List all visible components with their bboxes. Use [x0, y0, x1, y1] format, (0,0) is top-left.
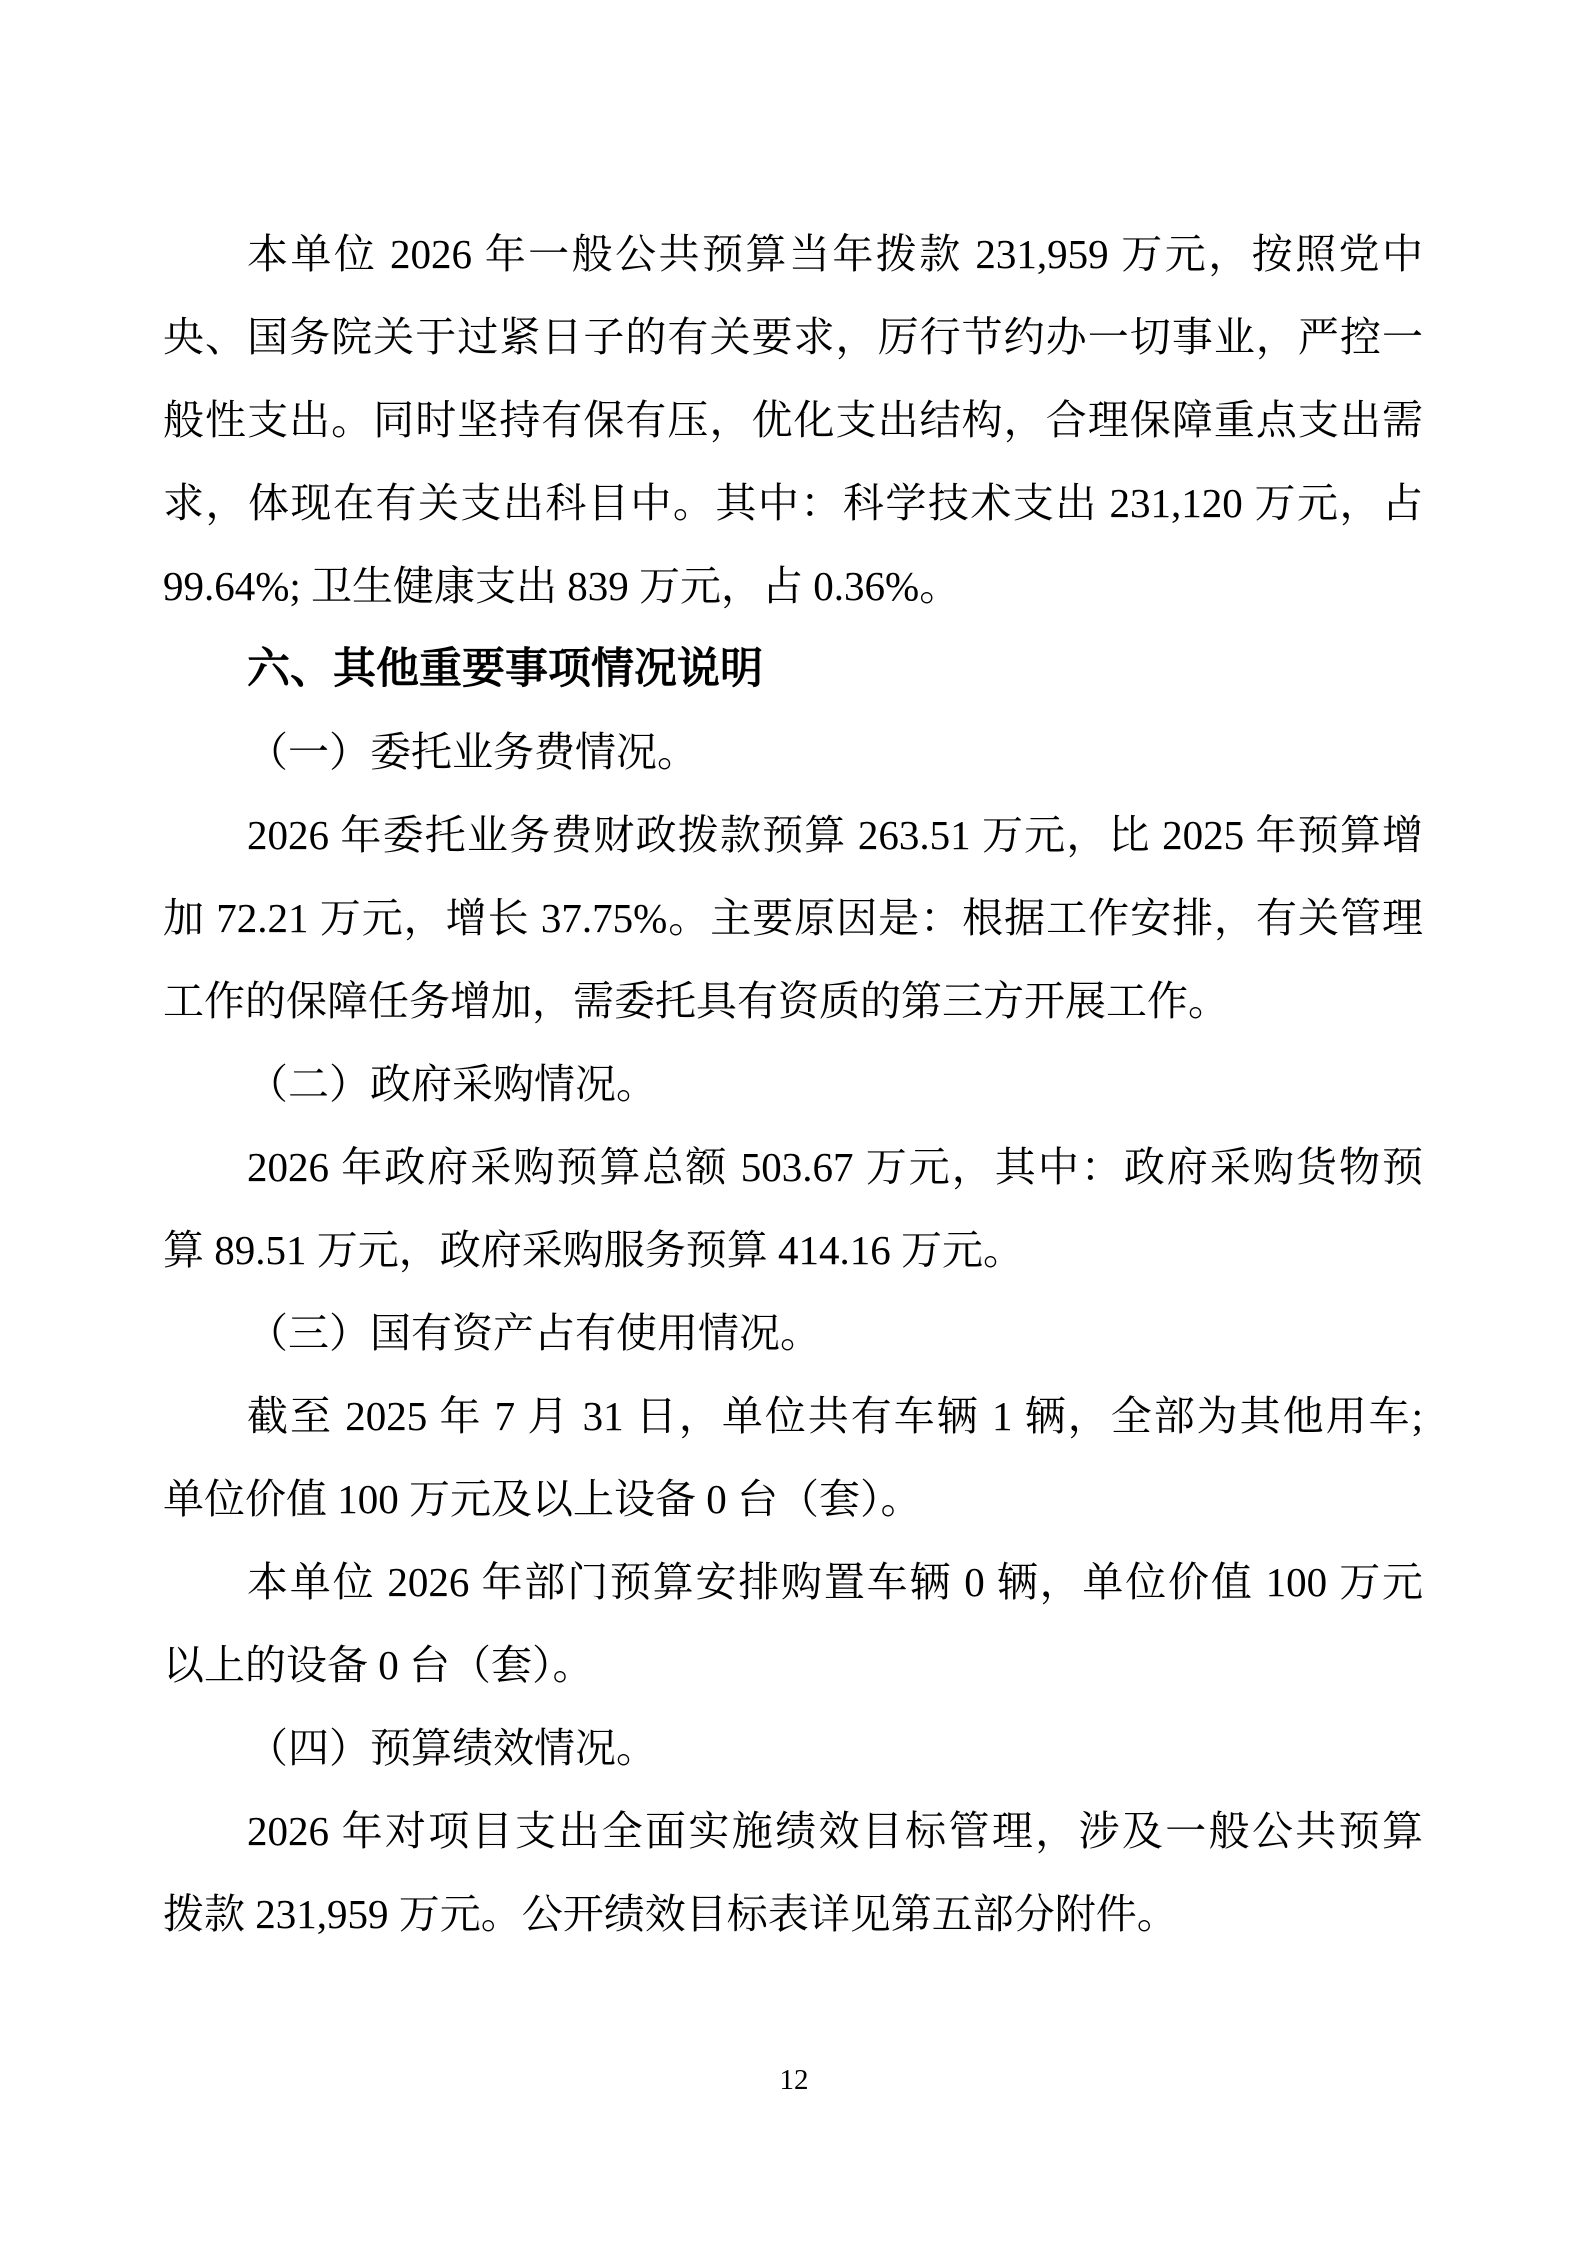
text-line: （二）政府采购情况。: [163, 1043, 1423, 1126]
text-line: （三）国有资产占有使用情况。: [163, 1292, 1423, 1375]
text-line: （四）预算绩效情况。: [163, 1707, 1423, 1790]
text-line: （一）委托业务费情况。: [163, 711, 1423, 794]
text-line: 2026 年对项目支出全面实施绩效目标管理，涉及一般公共预算: [163, 1790, 1423, 1873]
text-line: 拨款 231,959 万元。公开绩效目标表详见第五部分附件。: [163, 1873, 1423, 1956]
text-line: 央、国务院关于过紧日子的有关要求，厉行节约办一切事业，严控一: [163, 296, 1423, 379]
text-line: 本单位 2026 年一般公共预算当年拨款 231,959 万元，按照党中: [163, 213, 1423, 296]
section-heading: 六、其他重要事项情况说明: [163, 628, 1423, 711]
text-line: 单位价值 100 万元及以上设备 0 台（套）。: [163, 1458, 1423, 1541]
text-line: 2026 年委托业务费财政拨款预算 263.51 万元，比 2025 年预算增: [163, 794, 1423, 877]
text-line: 以上的设备 0 台（套）。: [163, 1624, 1423, 1707]
text-line: 求，体现在有关支出科目中。其中：科学技术支出 231,120 万元，占: [163, 462, 1423, 545]
text-line: 本单位 2026 年部门预算安排购置车辆 0 辆，单位价值 100 万元: [163, 1541, 1423, 1624]
text-line: 般性支出。同时坚持有保有压，优化支出结构，合理保障重点支出需: [163, 379, 1423, 462]
text-line: 算 89.51 万元，政府采购服务预算 414.16 万元。: [163, 1209, 1423, 1292]
document-page: 本单位 2026 年一般公共预算当年拨款 231,959 万元，按照党中央、国务…: [0, 0, 1588, 2245]
text-line: 2026 年政府采购预算总额 503.67 万元，其中：政府采购货物预: [163, 1126, 1423, 1209]
text-line: 加 72.21 万元，增长 37.75%。主要原因是：根据工作安排，有关管理: [163, 877, 1423, 960]
page-number: 12: [0, 2056, 1588, 2104]
text-line: 工作的保障任务增加，需委托具有资质的第三方开展工作。: [163, 960, 1423, 1043]
document-body: 本单位 2026 年一般公共预算当年拨款 231,959 万元，按照党中央、国务…: [163, 213, 1423, 1956]
text-line: 截至 2025 年 7 月 31 日，单位共有车辆 1 辆，全部为其他用车;: [163, 1375, 1423, 1458]
text-line: 99.64%; 卫生健康支出 839 万元，占 0.36%。: [163, 545, 1423, 628]
